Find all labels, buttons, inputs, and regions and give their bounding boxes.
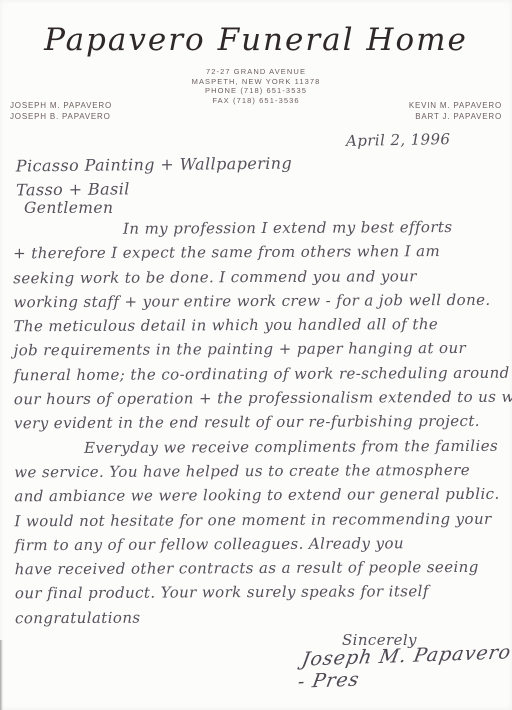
principal-name: JOSEPH M. PAPAVERO [10, 100, 112, 111]
letter-line: I would not hesitate for one moment in r… [14, 506, 504, 533]
recipient-line: Picasso Painting + Wallpapering [16, 152, 292, 179]
letter-page: Papavero Funeral Home 72-27 GRAND AVENUE… [0, 0, 512, 710]
letterhead-company-name: Papavero Funeral Home [0, 22, 512, 58]
letter-body: In my profession I extend my best effort… [13, 215, 505, 631]
signature: Joseph M. Papavero - Pres [296, 641, 512, 693]
principal-name: JOSEPH B. PAPAVERO [10, 111, 112, 122]
letter-line: congratulations [15, 603, 505, 630]
principal-name: BART J. PAPAVERO [409, 111, 502, 122]
letter-line: firm to any of our fellow colleagues. Al… [15, 531, 505, 558]
letter-line: have received other contracts as a resul… [15, 555, 505, 582]
salutation: Gentlemen [24, 199, 113, 217]
letter-line: our hours of operation + the professiona… [14, 385, 504, 412]
principal-name: KEVIN M. PAPAVERO [409, 100, 502, 111]
letter-line: job requirements in the painting + paper… [14, 336, 504, 363]
letter-line: working staff + your entire work crew - … [13, 288, 503, 315]
letterhead-names-right: KEVIN M. PAPAVERO BART J. PAPAVERO [409, 100, 502, 122]
letter-line: The meticulous detail in which you handl… [13, 312, 503, 339]
letter-line: + therefore I expect the same from other… [13, 239, 503, 266]
letter-line: and ambiance we were looking to extend o… [14, 482, 504, 509]
letter-date: April 2, 1996 [346, 130, 451, 150]
letter-line: our final product. Your work surely spea… [15, 579, 505, 606]
letter-line: funeral home; the co-ordinating of work … [14, 360, 504, 387]
address-line: 72-27 GRAND AVENUE [0, 67, 512, 77]
letter-line: we service. You have helped us to create… [14, 458, 504, 485]
letterhead-names-left: JOSEPH M. PAPAVERO JOSEPH B. PAPAVERO [10, 100, 112, 122]
address-line: PHONE (718) 651-3535 [0, 86, 512, 96]
letter-line: In my profession I extend my best effort… [13, 215, 503, 242]
scan-edge-artifact [0, 640, 3, 710]
letter-line: Everyday we receive compliments from the… [14, 433, 504, 460]
address-line: MASPETH, NEW YORK 11378 [0, 77, 512, 87]
letter-line: very evident in the end result of our re… [14, 409, 504, 436]
letter-line: seeking work to be done. I commend you a… [13, 263, 503, 290]
recipient-block: Picasso Painting + Wallpapering Tasso + … [16, 152, 293, 203]
